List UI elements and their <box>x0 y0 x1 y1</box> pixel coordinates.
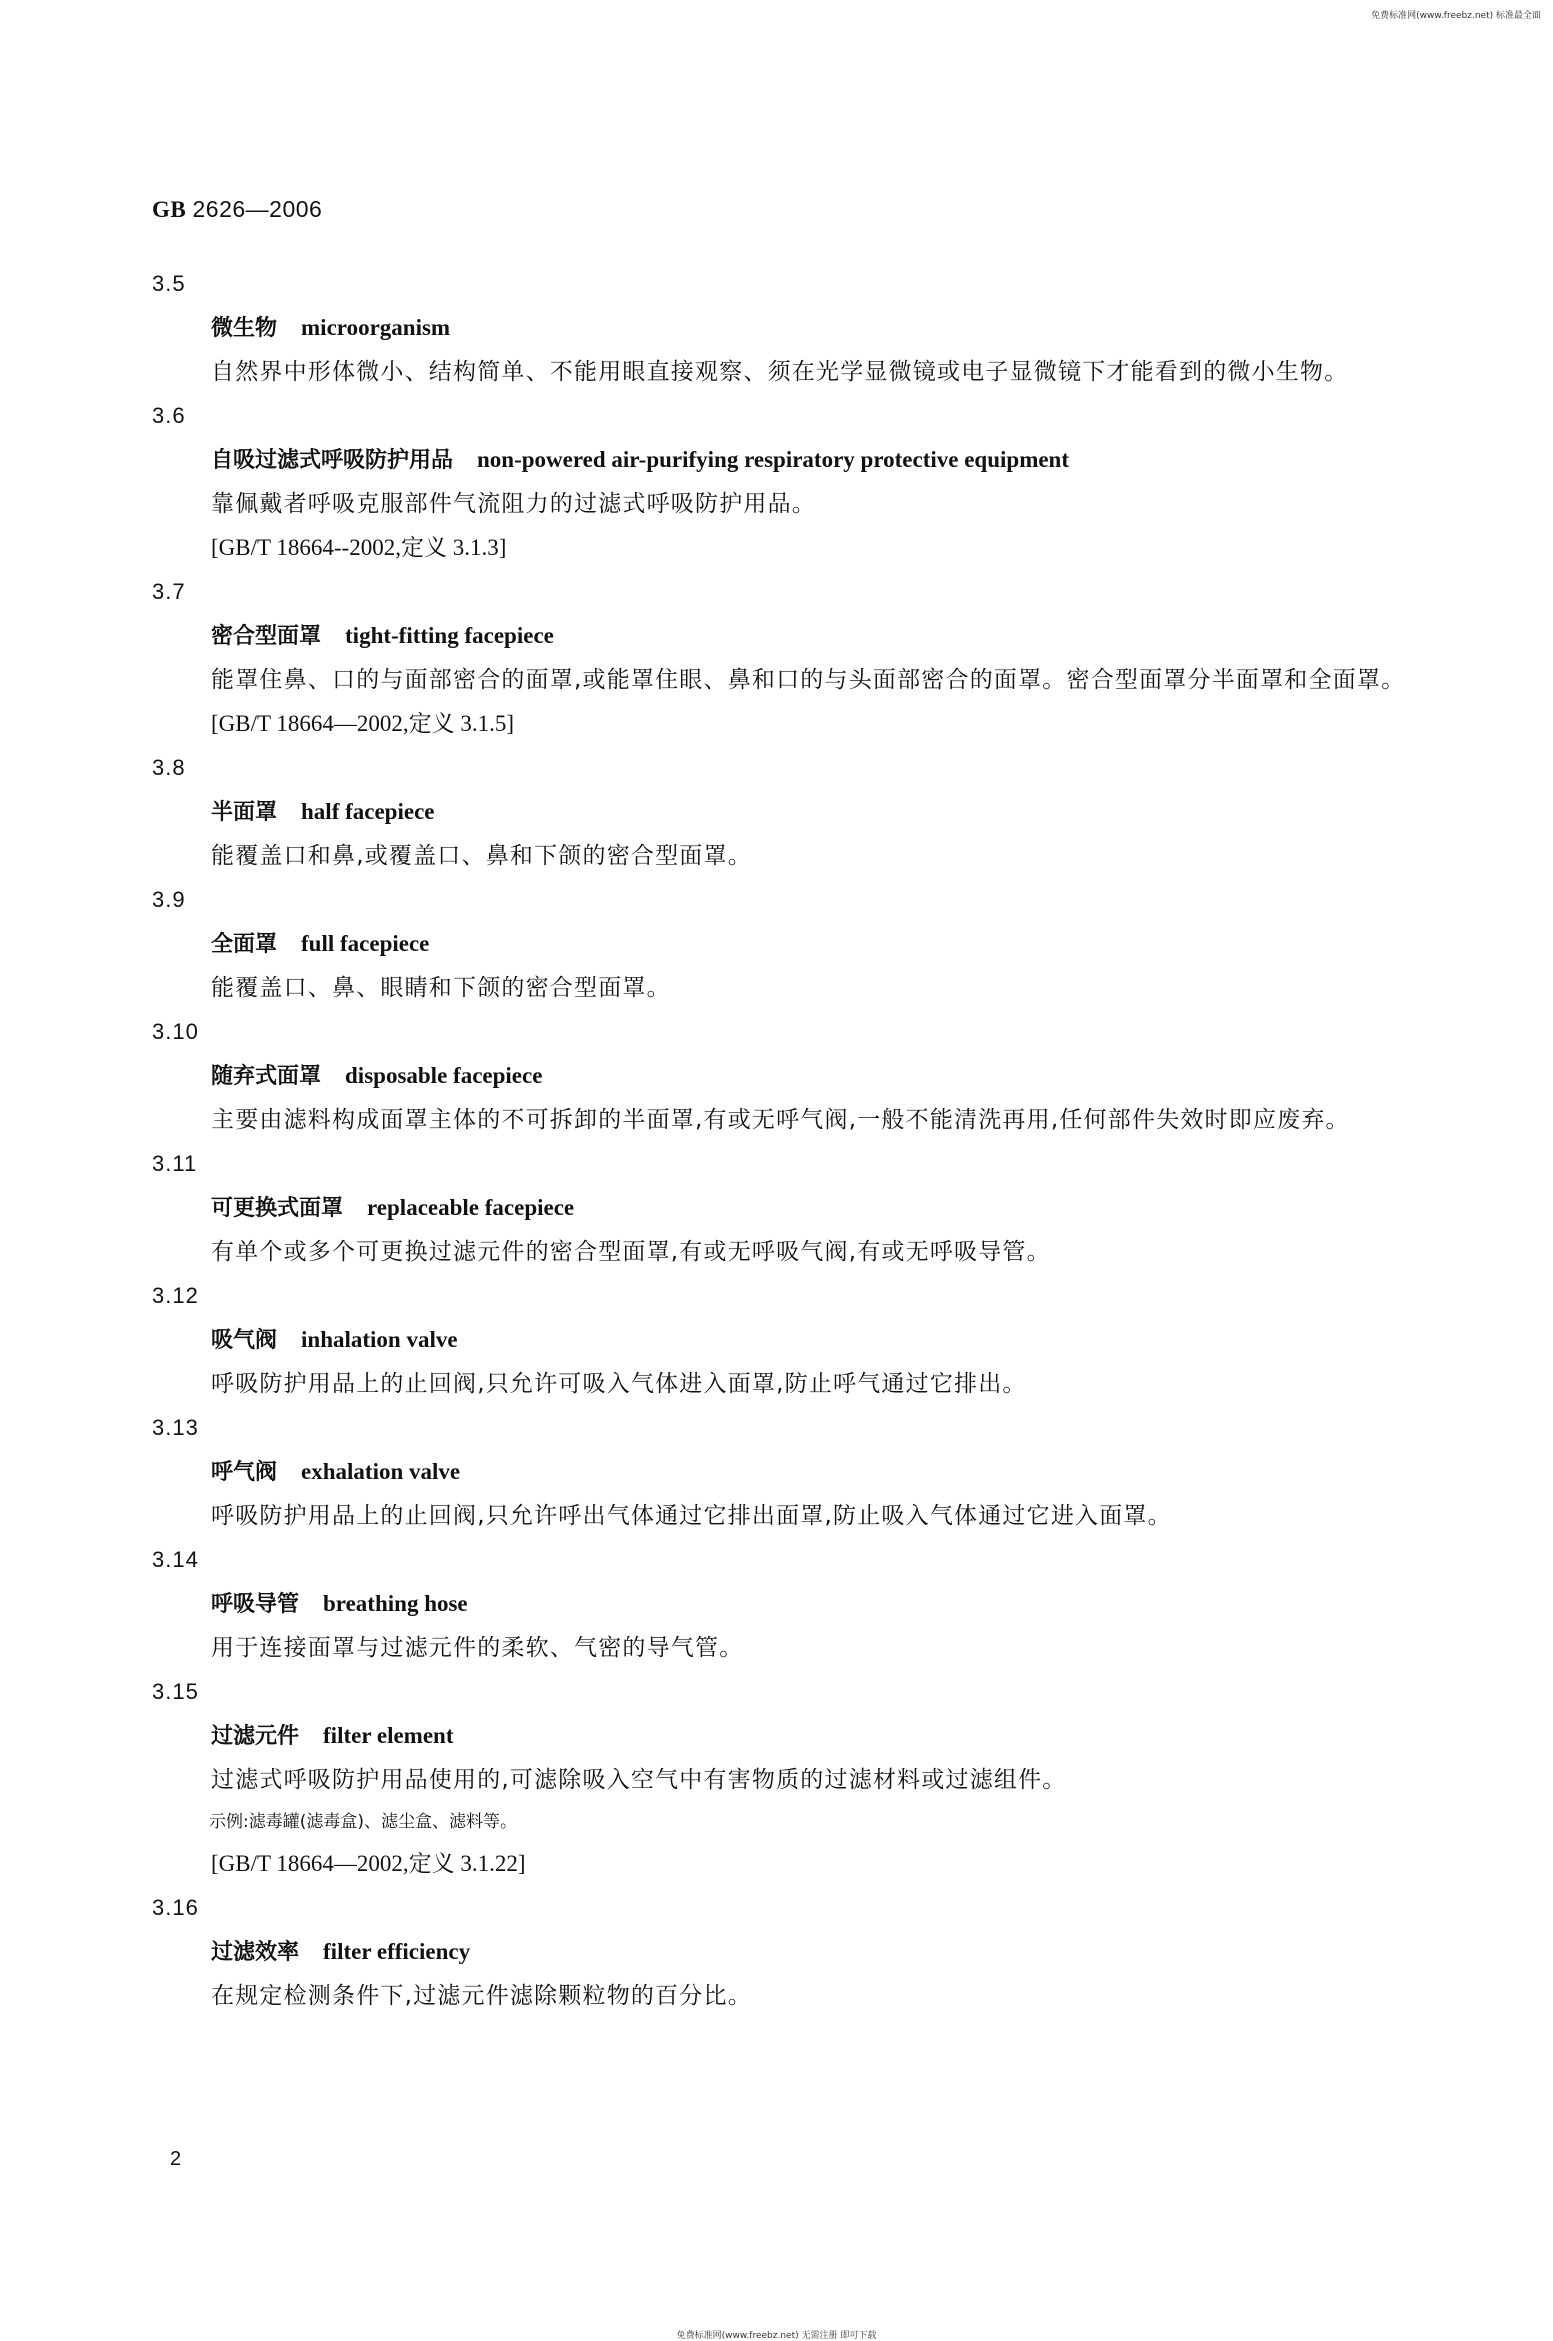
term-en: inhalation valve <box>301 1327 458 1352</box>
term-definition: 过滤式呼吸防护用品使用的,可滤除吸入空气中有害物质的过滤材料或过滤组件。 <box>152 1758 1422 1802</box>
term-heading: 呼气阀exhalation valve <box>152 1450 1432 1494</box>
term-example: 示例:滤毒罐(滤毒盒)、滤尘盒、滤料等。 <box>152 1802 1432 1842</box>
term-zh: 过滤元件 <box>211 1724 299 1749</box>
clause: 3.12 吸气阀inhalation valve 呼吸防护用品上的止回阀,只允许… <box>152 1274 1432 1406</box>
clause-number: 3.8 <box>152 746 1432 790</box>
clause: 3.9 全面罩full facepiece 能覆盖口、鼻、眼睛和下颌的密合型面罩… <box>152 878 1432 1010</box>
term-heading: 可更换式面罩replaceable facepiece <box>152 1186 1432 1230</box>
clause-number: 3.7 <box>152 570 1432 614</box>
clause: 3.13 呼气阀exhalation valve 呼吸防护用品上的止回阀,只允许… <box>152 1406 1432 1538</box>
term-zh: 全面罩 <box>211 932 277 957</box>
term-heading: 随弃式面罩disposable facepiece <box>152 1054 1432 1098</box>
term-en: non-powered air-purifying respiratory pr… <box>477 447 1069 472</box>
clause-number: 3.14 <box>152 1538 1432 1582</box>
clause-number: 3.16 <box>152 1886 1432 1930</box>
clause-number: 3.6 <box>152 394 1432 438</box>
term-heading: 全面罩full facepiece <box>152 922 1432 966</box>
clause: 3.15 过滤元件filter element 过滤式呼吸防护用品使用的,可滤除… <box>152 1670 1432 1886</box>
term-zh: 可更换式面罩 <box>211 1196 343 1221</box>
term-heading: 过滤效率filter efficiency <box>152 1930 1432 1974</box>
term-en: filter element <box>323 1723 453 1748</box>
term-definition: 呼吸防护用品上的止回阀,只允许呼出气体通过它排出面罩,防止吸入气体通过它进入面罩… <box>152 1494 1422 1538</box>
term-en: exhalation valve <box>301 1459 460 1484</box>
clause-number: 3.10 <box>152 1010 1432 1054</box>
term-heading: 密合型面罩tight-fitting facepiece <box>152 614 1432 658</box>
term-definition: 有单个或多个可更换过滤元件的密合型面罩,有或无呼吸气阀,有或无呼吸导管。 <box>152 1230 1422 1274</box>
term-heading: 呼吸导管breathing hose <box>152 1582 1432 1626</box>
standard-prefix: GB <box>152 197 186 222</box>
standard-header: GB 2626—2006 <box>152 196 322 223</box>
term-en: breathing hose <box>323 1591 468 1616</box>
clause: 3.11 可更换式面罩replaceable facepiece 有单个或多个可… <box>152 1142 1432 1274</box>
term-zh: 呼气阀 <box>211 1460 277 1485</box>
term-zh: 呼吸导管 <box>211 1592 299 1617</box>
clause: 3.16 过滤效率filter efficiency 在规定检测条件下,过滤元件… <box>152 1886 1432 2018</box>
term-reference: [GB/T 18664—2002,定义 3.1.22] <box>152 1842 1432 1886</box>
clause-number: 3.5 <box>152 262 1432 306</box>
clause-number: 3.13 <box>152 1406 1432 1450</box>
term-definition: 在规定检测条件下,过滤元件滤除颗粒物的百分比。 <box>152 1974 1422 2018</box>
clause: 3.5 微生物microorganism 自然界中形体微小、结构简单、不能用眼直… <box>152 262 1432 394</box>
watermark-bottom: 免费标准网(www.freebz.net) 无需注册 即可下载 <box>0 2328 1553 2341</box>
term-en: full facepiece <box>301 931 429 956</box>
term-en: replaceable facepiece <box>367 1195 574 1220</box>
term-heading: 半面罩half facepiece <box>152 790 1432 834</box>
term-zh: 微生物 <box>211 316 277 341</box>
term-definition: 呼吸防护用品上的止回阀,只允许可吸入气体进入面罩,防止呼气通过它排出。 <box>152 1362 1422 1406</box>
term-heading: 自吸过滤式呼吸防护用品non-powered air-purifying res… <box>152 438 1432 482</box>
clause: 3.10 随弃式面罩disposable facepiece 主要由滤料构成面罩… <box>152 1010 1432 1142</box>
term-definition: 自然界中形体微小、结构简单、不能用眼直接观察、须在光学显微镜或电子显微镜下才能看… <box>152 350 1422 394</box>
watermark-top: 免费标准网(www.freebz.net) 标准最全面 <box>1371 8 1541 21</box>
term-en: filter efficiency <box>323 1939 470 1964</box>
clause: 3.6 自吸过滤式呼吸防护用品non-powered air-purifying… <box>152 394 1432 570</box>
clause-number: 3.12 <box>152 1274 1432 1318</box>
term-zh: 密合型面罩 <box>211 624 321 649</box>
term-zh: 自吸过滤式呼吸防护用品 <box>211 448 453 473</box>
term-en: disposable facepiece <box>345 1063 542 1088</box>
term-en: tight-fitting facepiece <box>345 623 554 648</box>
term-heading: 过滤元件filter element <box>152 1714 1432 1758</box>
term-zh: 半面罩 <box>211 800 277 825</box>
term-definition: 能覆盖口、鼻、眼睛和下颌的密合型面罩。 <box>152 966 1422 1010</box>
page-number: 2 <box>170 2148 181 2171</box>
clause: 3.14 呼吸导管breathing hose 用于连接面罩与过滤元件的柔软、气… <box>152 1538 1432 1670</box>
document-body: 3.5 微生物microorganism 自然界中形体微小、结构简单、不能用眼直… <box>152 262 1432 2018</box>
term-definition: 靠佩戴者呼吸克服部件气流阻力的过滤式呼吸防护用品。 <box>152 482 1422 526</box>
clause: 3.8 半面罩half facepiece 能覆盖口和鼻,或覆盖口、鼻和下颌的密… <box>152 746 1432 878</box>
term-definition: 能罩住鼻、口的与面部密合的面罩,或能罩住眼、鼻和口的与头面部密合的面罩。密合型面… <box>152 658 1422 702</box>
clause-number: 3.11 <box>152 1142 1432 1186</box>
term-en: microorganism <box>301 315 450 340</box>
standard-number: 2626—2006 <box>192 196 322 222</box>
term-reference: [GB/T 18664--2002,定义 3.1.3] <box>152 526 1432 570</box>
term-en: half facepiece <box>301 799 434 824</box>
clause-number: 3.9 <box>152 878 1432 922</box>
term-zh: 过滤效率 <box>211 1940 299 1965</box>
term-definition: 能覆盖口和鼻,或覆盖口、鼻和下颌的密合型面罩。 <box>152 834 1422 878</box>
term-heading: 微生物microorganism <box>152 306 1432 350</box>
term-zh: 随弃式面罩 <box>211 1064 321 1089</box>
term-reference: [GB/T 18664—2002,定义 3.1.5] <box>152 702 1432 746</box>
term-definition: 用于连接面罩与过滤元件的柔软、气密的导气管。 <box>152 1626 1422 1670</box>
clause-number: 3.15 <box>152 1670 1432 1714</box>
clause: 3.7 密合型面罩tight-fitting facepiece 能罩住鼻、口的… <box>152 570 1432 746</box>
term-zh: 吸气阀 <box>211 1328 277 1353</box>
term-heading: 吸气阀inhalation valve <box>152 1318 1432 1362</box>
term-definition: 主要由滤料构成面罩主体的不可拆卸的半面罩,有或无呼气阀,一般不能清洗再用,任何部… <box>152 1098 1422 1142</box>
